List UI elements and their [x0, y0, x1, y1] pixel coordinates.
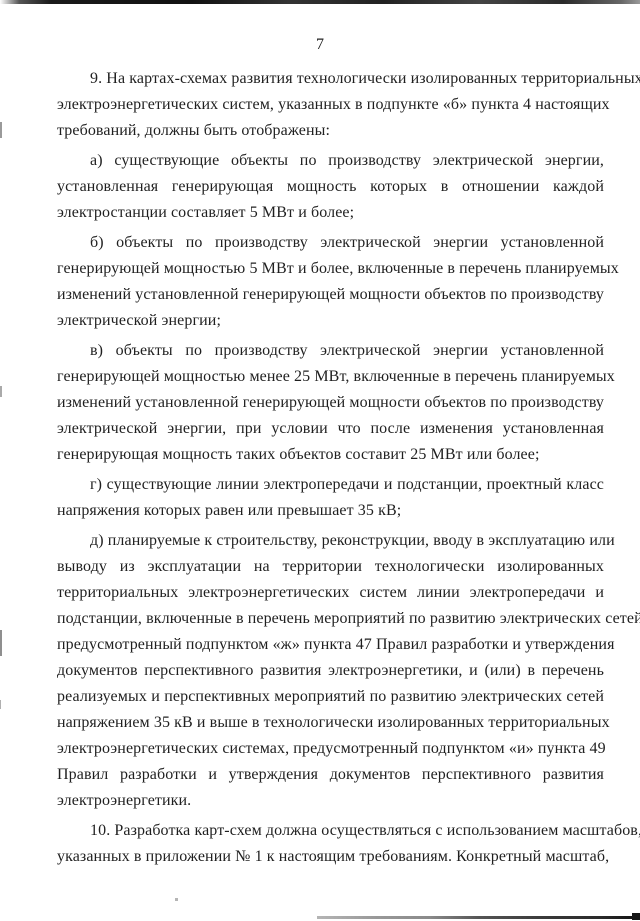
text-line: электростанции составляет 5 МВт и более; — [57, 200, 604, 226]
text-line: электроэнергетики. — [57, 788, 604, 814]
text-line: выводу из эксплуатации на территории тех… — [57, 554, 604, 580]
page-number: 7 — [0, 36, 640, 54]
scan-speck — [0, 700, 1, 709]
scan-speck — [0, 630, 2, 656]
text-line: требований, должны быть отображены: — [57, 118, 604, 144]
text-line: изменений установленной генерирующей мощ… — [57, 390, 604, 416]
text-line: изменений установленной генерирующей мощ… — [57, 282, 604, 308]
scan-speck — [175, 898, 178, 901]
text-line: электрической энергии; — [57, 308, 604, 334]
text-line: установленная генерирующая мощность кото… — [57, 174, 604, 200]
paragraph-item-10: 10. Разработка карт-схем должна осуществ… — [57, 818, 604, 870]
paragraph-item-9: 9. На картах-схемах развития технологиче… — [57, 66, 604, 144]
scan-speck — [0, 122, 2, 138]
text-line: г) существующие линии электропередачи и … — [57, 472, 604, 498]
paragraph-subitem-g: г) существующие линии электропередачи и … — [57, 472, 604, 524]
text-line: подстанции, включенные в перечень меропр… — [57, 606, 604, 632]
text-line: напряжением 35 кВ и выше в технологическ… — [57, 710, 604, 736]
text-line: генерирующей мощностью менее 25 МВт, вкл… — [57, 364, 604, 390]
text-line: электроэнергетических систем, указанных … — [57, 92, 604, 118]
text-line: д) планируемые к строительству, реконстр… — [57, 528, 604, 554]
text-line: указанных в приложении № 1 к настоящим т… — [57, 844, 604, 870]
paragraph-subitem-a: а) существующие объекты по производству … — [57, 148, 604, 226]
paragraph-subitem-d: д) планируемые к строительству, реконстр… — [57, 528, 604, 814]
scan-speck — [0, 386, 2, 397]
text-line: электрической энергии, при условии что п… — [57, 416, 604, 442]
text-line: напряжения которых равен или превышает 3… — [57, 498, 604, 524]
text-line: реализуемых и перспективных мероприятий … — [57, 684, 604, 710]
text-line: в) объекты по производству электрической… — [57, 338, 604, 364]
text-line: территориальных электроэнергетических си… — [57, 580, 604, 606]
scan-artifact-top-bar — [0, 0, 640, 4]
text-line: 10. Разработка карт-схем должна осуществ… — [57, 818, 604, 844]
text-line: предусмотренный подпунктом «ж» пункта 47… — [57, 632, 604, 658]
text-line: генерирующей мощностью 5 МВт и более, вк… — [57, 256, 604, 282]
text-line: а) существующие объекты по производству … — [57, 148, 604, 174]
text-line: 9. На картах-схемах развития технологиче… — [57, 66, 604, 92]
scan-artifact-bottom-bar — [317, 916, 640, 919]
text-line: электроэнергетических системах, предусмо… — [57, 736, 604, 762]
scan-artifact-corner-blob — [632, 913, 640, 920]
document-body: 9. На картах-схемах развития технологиче… — [57, 66, 604, 874]
text-line: документов перспективного развития элект… — [57, 658, 604, 684]
text-line: Правил разработки и утверждения документ… — [57, 762, 604, 788]
paragraph-subitem-b: б) объекты по производству электрической… — [57, 230, 604, 334]
paragraph-subitem-v: в) объекты по производству электрической… — [57, 338, 604, 468]
text-line: б) объекты по производству электрической… — [57, 230, 604, 256]
text-line: генерирующая мощность таких объектов сос… — [57, 442, 604, 468]
